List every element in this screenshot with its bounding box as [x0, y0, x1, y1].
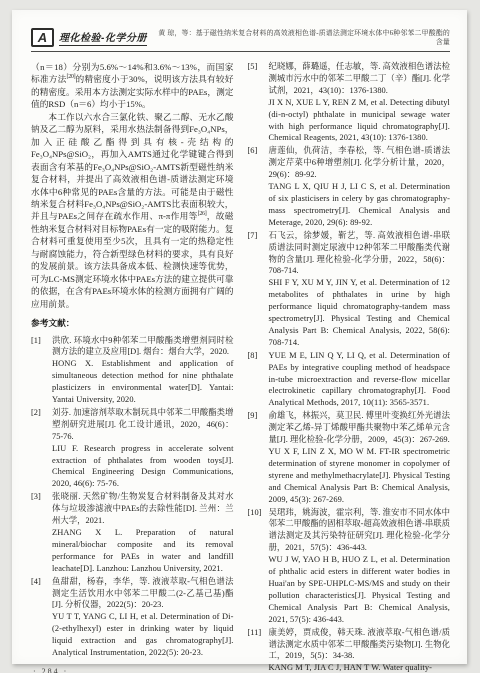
- references-heading: 参考文献：: [31, 317, 234, 329]
- reference-item: [8] YUE M E, LIN Q Y, LI Q, et al. Deter…: [248, 350, 451, 410]
- reference-item: [3] 张晓丽. 天然矿物/生物炭复合材料制备及其对水体与垃圾渗滤液中PAEs的…: [31, 491, 234, 574]
- reference-number: [5]: [248, 61, 269, 144]
- journal-logo-icon: A: [31, 28, 54, 47]
- reference-text-en: YUE M E, LIN Q Y, LI Q, et al. Determina…: [269, 350, 451, 410]
- reference-text-en: SHI F Y, XU M Y, JIN Y, et al. Determina…: [269, 277, 451, 348]
- two-column-layout: （n＝18）分别为5.6%～14%和3.6%～13%，而国家标准方法[20]的精…: [31, 61, 450, 673]
- reference-item: [2] 刘芬. 加速溶剂萃取木制玩具中邻苯二甲酸酯类增塑剂研究进展[J]. 化工…: [31, 407, 234, 490]
- reference-text-zh: 张晓丽. 天然矿物/生物炭复合材料制备及其对水体与垃圾渗滤液中PAEs的去除性能…: [52, 491, 234, 527]
- reference-number: [8]: [248, 350, 269, 410]
- reference-text-en: LIU F. Research progress in accelerate s…: [52, 443, 234, 491]
- body-paragraph-2: 本工作以六水合三氯化铁、聚乙二醇、无水乙酸钠及乙二醇为原料，采用水热法制备得到F…: [31, 111, 234, 310]
- page-number: · 284 ·: [33, 666, 234, 673]
- reference-body: 康美婷，贾成俊，韩天珠. 液液萃取-气相色谱/质谱法测定水质中邻苯二甲酸酯类污染…: [269, 627, 451, 673]
- reference-body: 俞雄飞，林振兴，莫卫民. 傅里叶变换红外光谱法测定苯乙烯-异丁烯酸甲酯共聚物中苯…: [269, 410, 451, 505]
- reference-number: [7]: [248, 230, 269, 349]
- reference-body: 洪欣. 环境水中9种邻苯二甲酸酯类增塑剂同时检测方法的建立及应用[D]. 烟台：…: [52, 335, 234, 406]
- reference-body: 鱼甜甜，杨春，李华，等. 液液萃取-气相色谱法测定生活饮用水中邻苯二甲酸二(2-…: [52, 576, 234, 659]
- right-column: [5] 纪晓娜，薛璐遥，任志敏，等. 高效液相色谱法检测城市污水中的邻苯二甲酸二…: [248, 61, 451, 673]
- reference-text-en: TANG L X, QIU H J, LI C S, et al. Determ…: [269, 181, 451, 229]
- reference-text-en: HONG X. Establishment and application of…: [52, 358, 234, 406]
- reference-text-en: KANG M T, JIA C J, HAN T W. Water qualit…: [269, 662, 451, 673]
- reference-body: 张晓丽. 天然矿物/生物炭复合材料制备及其对水体与垃圾渗滤液中PAEs的去除性能…: [52, 491, 234, 574]
- journal-brand: A 理化检验-化学分册: [31, 28, 147, 47]
- reference-body: 纪晓娜，薛璐遥，任志敏，等. 高效液相色谱法检测城市污水中的邻苯二甲酸二丁（辛）…: [269, 61, 451, 144]
- reference-text-zh: 康美婷，贾成俊，韩天珠. 液液萃取-气相色谱/质谱法测定水质中邻苯二甲酸酯类污染…: [269, 627, 451, 663]
- left-column: （n＝18）分别为5.6%～14%和3.6%～13%，而国家标准方法[20]的精…: [31, 61, 234, 673]
- reference-text-zh: 吴珺玮，姚海波，霍宗利，等. 淮安市不同水体中邻苯二甲酸酯的固相萃取-超高效液相…: [269, 507, 451, 555]
- reference-item: [10] 吴珺玮，姚海波，霍宗利，等. 淮安市不同水体中邻苯二甲酸酯的固相萃取-…: [248, 507, 451, 626]
- reference-item: [4] 鱼甜甜，杨春，李华，等. 液液萃取-气相色谱法测定生活饮用水中邻苯二甲酸…: [31, 576, 234, 659]
- reference-text-en: YU X F, LIN Z X, MO W M. FT-IR spectrome…: [269, 446, 451, 506]
- reference-number: [6]: [248, 145, 269, 228]
- reference-text-zh: 刘芬. 加速溶剂萃取木制玩具中邻苯二甲酸酯类增塑剂研究进展[J]. 化工设计通讯…: [52, 407, 234, 443]
- journal-name: 理化检验-化学分册: [59, 29, 147, 46]
- paragraph-text: ，故磁性纳米复合材料对目标物PAEs有一定的吸附能力。复合材料可重复使用至少5次…: [31, 211, 234, 308]
- reference-number: [3]: [31, 491, 52, 574]
- reference-text-en: JI X N, XUE L Y, REN Z M, et al. Detecti…: [269, 97, 451, 145]
- reference-text-zh: 俞雄飞，林振兴，莫卫民. 傅里叶变换红外光谱法测定苯乙烯-异丁烯酸甲酯共聚物中苯…: [269, 410, 451, 446]
- reference-body: YUE M E, LIN Q Y, LI Q, et al. Determina…: [269, 350, 451, 410]
- page-header: A 理化检验-化学分册 黄 琼，等：基于磁性纳米复合材料的高效液相色谱-质谱法测…: [31, 28, 450, 52]
- reference-number: [2]: [31, 407, 52, 490]
- reference-body: 石飞云，徐梦媛，靳艺，等. 高效液相色谱-串联质谱法同时测定尿液中12种邻苯二甲…: [269, 230, 451, 349]
- reference-item: [9] 俞雄飞，林振兴，莫卫民. 傅里叶变换红外光谱法测定苯乙烯-异丁烯酸甲酯共…: [248, 410, 451, 505]
- journal-page: A 理化检验-化学分册 黄 琼，等：基于磁性纳米复合材料的高效液相色谱-质谱法测…: [12, 10, 467, 664]
- reference-text-en: YU T T, YANG C, LI H, et al. Determinati…: [52, 611, 234, 659]
- reference-body: 刘芬. 加速溶剂萃取木制玩具中邻苯二甲酸酯类增塑剂研究进展[J]. 化工设计通讯…: [52, 407, 234, 490]
- reference-body: 吴珺玮，姚海波，霍宗利，等. 淮安市不同水体中邻苯二甲酸酯的固相萃取-超高效液相…: [269, 507, 451, 626]
- reference-text-en: WU J W, YAO H B, HUO Z L, et al. Determi…: [269, 554, 451, 625]
- reference-item: [11] 康美婷，贾成俊，韩天珠. 液液萃取-气相色谱/质谱法测定水质中邻苯二甲…: [248, 627, 451, 673]
- reference-text-zh: 唐莲仙，仇荷洁，李春松，等. 气相色谱-质谱法测定芹菜中6种增塑剂[J]. 化学…: [269, 145, 451, 181]
- reference-text-zh: 石飞云，徐梦媛，靳艺，等. 高效液相色谱-串联质谱法同时测定尿液中12种邻苯二甲…: [269, 230, 451, 278]
- reference-item: [1] 洪欣. 环境水中9种邻苯二甲酸酯类增塑剂同时检测方法的建立及应用[D].…: [31, 335, 234, 406]
- reference-text-zh: 纪晓娜，薛璐遥，任志敏，等. 高效液相色谱法检测城市污水中的邻苯二甲酸二丁（辛）…: [269, 61, 451, 97]
- reference-text-zh: 鱼甜甜，杨春，李华，等. 液液萃取-气相色谱法测定生活饮用水中邻苯二甲酸二(2-…: [52, 576, 234, 612]
- reference-item: [5] 纪晓娜，薛璐遥，任志敏，等. 高效液相色谱法检测城市污水中的邻苯二甲酸二…: [248, 61, 451, 144]
- reference-item: [7] 石飞云，徐梦媛，靳艺，等. 高效液相色谱-串联质谱法同时测定尿液中12种…: [248, 230, 451, 349]
- reference-number: [4]: [31, 576, 52, 659]
- reference-body: 唐莲仙，仇荷洁，李春松，等. 气相色谱-质谱法测定芹菜中6种增塑剂[J]. 化学…: [269, 145, 451, 228]
- reference-item: [6] 唐莲仙，仇荷洁，李春松，等. 气相色谱-质谱法测定芹菜中6种增塑剂[J]…: [248, 145, 451, 228]
- reference-number: [10]: [248, 507, 269, 626]
- body-paragraph-1: （n＝18）分别为5.6%～14%和3.6%～13%，而国家标准方法[20]的精…: [31, 61, 234, 111]
- reference-text-zh: 洪欣. 环境水中9种邻苯二甲酸酯类增塑剂同时检测方法的建立及应用[D]. 烟台：…: [52, 335, 234, 359]
- reference-text-en: ZHANG X L. Preparation of natural minera…: [52, 527, 234, 575]
- reference-number: [9]: [248, 410, 269, 505]
- paragraph-text: 本工作以六水合三氯化铁、聚乙二醇、无水乙酸钠及乙二醇为原料，采用水热法制备得到F…: [31, 112, 234, 222]
- reference-number: [1]: [31, 335, 52, 406]
- running-title: 黄 琼，等：基于磁性纳米复合材料的高效液相色谱-质谱法测定环境水体中6种邻苯二甲…: [147, 29, 450, 47]
- citation-superscript: [20]: [67, 75, 76, 81]
- page-content: A 理化检验-化学分册 黄 琼，等：基于磁性纳米复合材料的高效液相色谱-质谱法测…: [12, 10, 467, 673]
- reference-number: [11]: [248, 627, 269, 673]
